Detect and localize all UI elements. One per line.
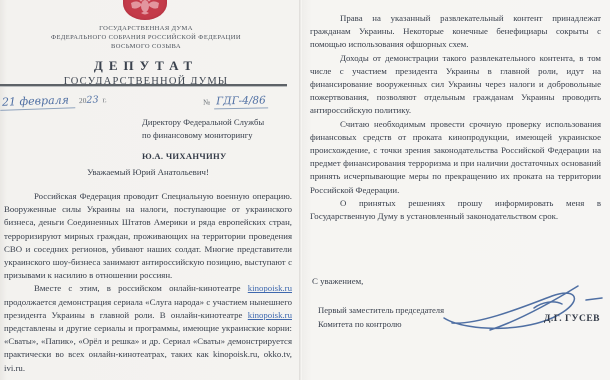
letterhead-org-line3: ВОСЬМОГО СОЗЫВА bbox=[0, 42, 292, 51]
kinopoisk-link[interactable]: kinopoisk.ru bbox=[248, 310, 292, 320]
paragraph-text: Доходы от демонстрации такого развлекате… bbox=[310, 53, 601, 116]
recipient-block: Директору Федеральной Службы по финансов… bbox=[142, 116, 299, 163]
paragraph: О принятых решениях прошу информировать … bbox=[310, 197, 601, 223]
paragraph-text: Российская Федерация проводит Специальну… bbox=[4, 191, 292, 280]
printed-year-suffix: г. bbox=[102, 95, 106, 104]
paragraph: Права на указанный развлекательный конте… bbox=[310, 12, 601, 52]
letter-page-1: ГОСУДАРСТВЕННАЯ ДУМА ФЕДЕРАЛЬНОГО СОБРАН… bbox=[0, 0, 299, 380]
handwritten-date: 21 февраля bbox=[0, 93, 75, 111]
salutation: Уважаемый Юрий Анатольевич! bbox=[0, 167, 296, 177]
signer-name: Д.Г. ГУСЕВ bbox=[544, 314, 600, 324]
russia-coat-of-arms-icon bbox=[123, 0, 167, 20]
number-label: № bbox=[203, 97, 210, 106]
letter-page-2: Права на указанный развлекательный конте… bbox=[302, 0, 610, 380]
closing-phrase: С уважением, bbox=[312, 276, 363, 286]
letter-body-page2: Права на указанный развлекательный конте… bbox=[310, 12, 601, 223]
handwritten-signature bbox=[438, 278, 606, 340]
heraldic-shield bbox=[123, 0, 167, 20]
letterhead-divider bbox=[0, 84, 287, 87]
kinopoisk-link[interactable]: kinopoisk.ru bbox=[248, 283, 292, 293]
letterhead-org-line1: ГОСУДАРСТВЕННАЯ ДУМА bbox=[0, 24, 292, 33]
paragraph: Вместе с этим, в российском онлайн-кинот… bbox=[4, 282, 292, 374]
recipient-name: Ю.А. ЧИХАНЧИНУ bbox=[142, 150, 299, 163]
double-headed-eagle-icon bbox=[128, 0, 162, 17]
letterhead: ГОСУДАРСТВЕННАЯ ДУМА ФЕДЕРАЛЬНОГО СОБРАН… bbox=[0, 24, 292, 87]
letterhead-org-line2: ФЕДЕРАЛЬНОГО СОБРАНИЯ РОССИЙСКОЙ ФЕДЕРАЦ… bbox=[0, 33, 292, 42]
paragraph-text: Считаю необходимым провести срочную пров… bbox=[310, 119, 601, 195]
paragraph: Российская Федерация проводит Специальну… bbox=[4, 190, 292, 282]
recipient-line1: Директору Федеральной Службы bbox=[142, 116, 299, 129]
paragraph-text: Права на указанный развлекательный конте… bbox=[310, 13, 601, 49]
signer-position-line1: Первый заместитель председателя bbox=[318, 303, 444, 317]
scanned-letter: ГОСУДАРСТВЕННАЯ ДУМА ФЕДЕРАЛЬНОГО СОБРАН… bbox=[0, 0, 610, 380]
paragraph-text: О принятых решениях прошу информировать … bbox=[310, 198, 601, 221]
letter-body-page1: Российская Федерация проводит Специальну… bbox=[4, 190, 292, 375]
signer-position: Первый заместитель председателя Комитета… bbox=[318, 303, 444, 331]
paragraph-text: Вместе с этим, в российском онлайн-кинот… bbox=[34, 283, 248, 293]
paragraph-text: представлены и другие сериалы и программ… bbox=[4, 323, 292, 373]
letterhead-title-deputy: ДЕПУТАТ bbox=[0, 58, 292, 74]
handwritten-year: 23 bbox=[86, 94, 98, 105]
paragraph: Доходы от демонстрации такого развлекате… bbox=[310, 52, 601, 118]
date-line: 21 февраля 2023 г. bbox=[0, 89, 107, 111]
handwritten-number: ГДГ-4/86 bbox=[214, 94, 268, 109]
paragraph: Считаю необходимым провести срочную пров… bbox=[310, 118, 601, 197]
document-number-line: № ГДГ-4/86 bbox=[203, 90, 268, 109]
signer-position-line2: Комитета по контролю bbox=[318, 317, 444, 331]
recipient-line2: по финансовому мониторингу bbox=[142, 129, 299, 142]
